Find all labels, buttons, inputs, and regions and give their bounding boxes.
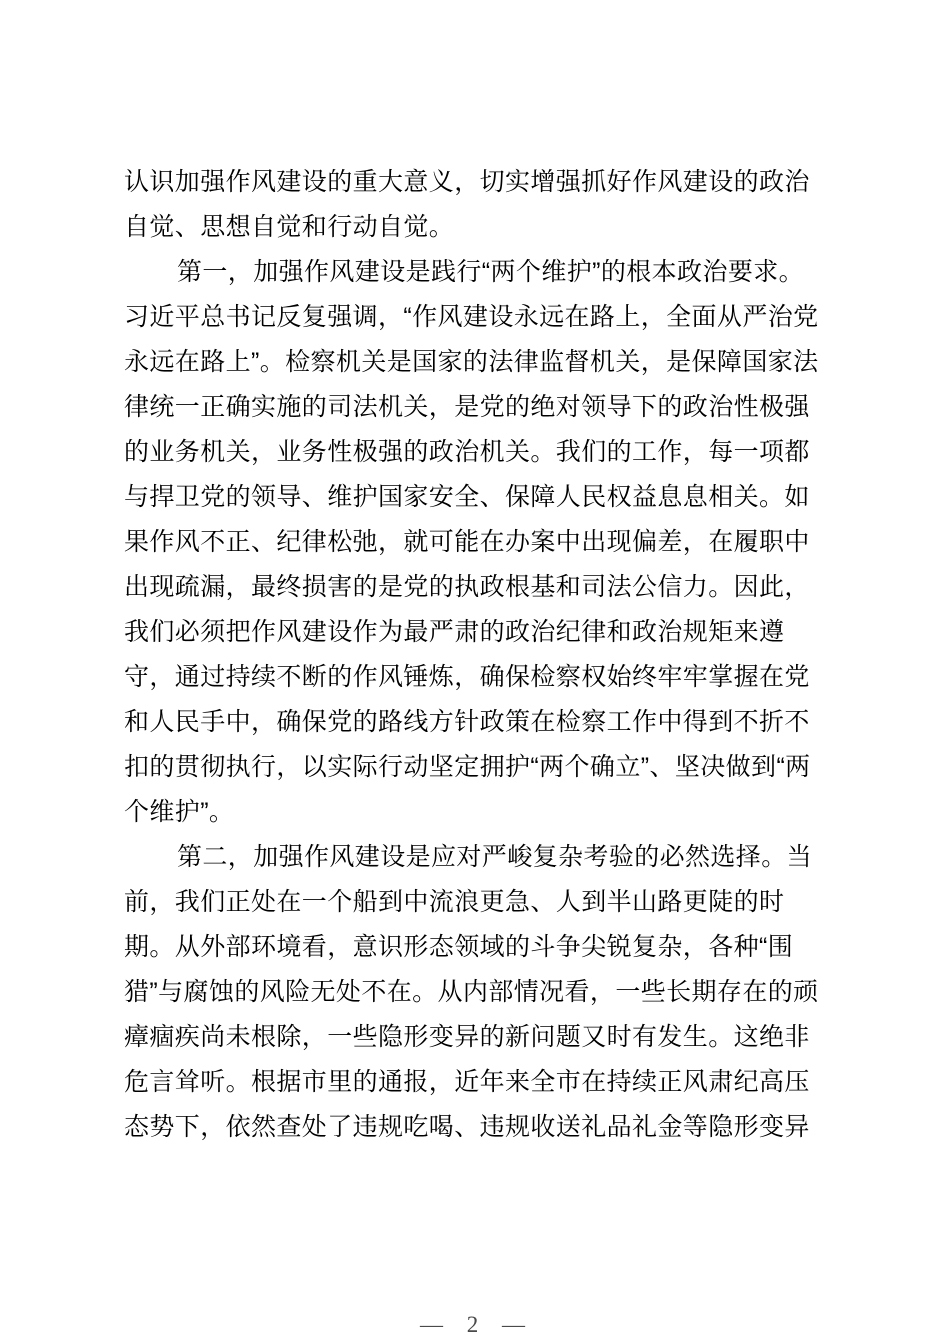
text-line: 我们必须把作风建设作为最严肃的政治纪律和政治规矩来遵 [124,610,836,655]
text-line: 危言耸听。根据市里的通报，近年来全市在持续正风肃纪高压 [124,1060,836,1105]
text-line: 第二，加强作风建设是应对严峻复杂考验的必然选择。当 [124,835,836,880]
text-line: 与捍卫党的领导、维护国家安全、保障人民权益息息相关。如 [124,475,836,520]
text-line: 期。从外部环境看，意识形态领域的斗争尖锐复杂，各种“围 [124,925,836,970]
text-line: 习近平总书记反复强调，“作风建设永远在路上，全面从严治党 [124,295,836,340]
text-line: 认识加强作风建设的重大意义，切实增强抓好作风建设的政治 [124,160,836,205]
text-line: 自觉、思想自觉和行动自觉。 [124,205,836,250]
text-line: 态势下，依然查处了违规吃喝、违规收送礼品礼金等隐形变异 [124,1105,836,1150]
text-line: 瘴痼疾尚未根除，一些隐形变异的新问题又时有发生。这绝非 [124,1015,836,1060]
document-text-body: 认识加强作风建设的重大意义，切实增强抓好作风建设的政治自觉、思想自觉和行动自觉。… [124,160,836,1150]
text-line: 个维护”。 [124,790,836,835]
text-line: 猎”与腐蚀的风险无处不在。从内部情况看，一些长期存在的顽 [124,970,836,1015]
text-line: 的业务机关，业务性极强的政治机关。我们的工作，每一项都 [124,430,836,475]
text-line: 前，我们正处在一个船到中流浪更急、人到半山路更陡的时 [124,880,836,925]
text-line: 扣的贯彻执行，以实际行动坚定拥护“两个确立”、坚决做到“两 [124,745,836,790]
text-line: 第一，加强作风建设是践行“两个维护”的根本政治要求。 [124,250,836,295]
page-footer: — 2 — [0,1312,950,1338]
document-page: 认识加强作风建设的重大意义，切实增强抓好作风建设的政治自觉、思想自觉和行动自觉。… [0,0,950,1344]
text-line: 果作风不正、纪律松弛，就可能在办案中出现偏差，在履职中 [124,520,836,565]
page-number: — 2 — [420,1312,530,1337]
text-line: 永远在路上”。检察机关是国家的法律监督机关，是保障国家法 [124,340,836,385]
text-line: 守，通过持续不断的作风锤炼，确保检察权始终牢牢掌握在党 [124,655,836,700]
text-line: 和人民手中，确保党的路线方针政策在检察工作中得到不折不 [124,700,836,745]
text-line: 律统一正确实施的司法机关，是党的绝对领导下的政治性极强 [124,385,836,430]
text-line: 出现疏漏，最终损害的是党的执政根基和司法公信力。因此， [124,565,836,610]
